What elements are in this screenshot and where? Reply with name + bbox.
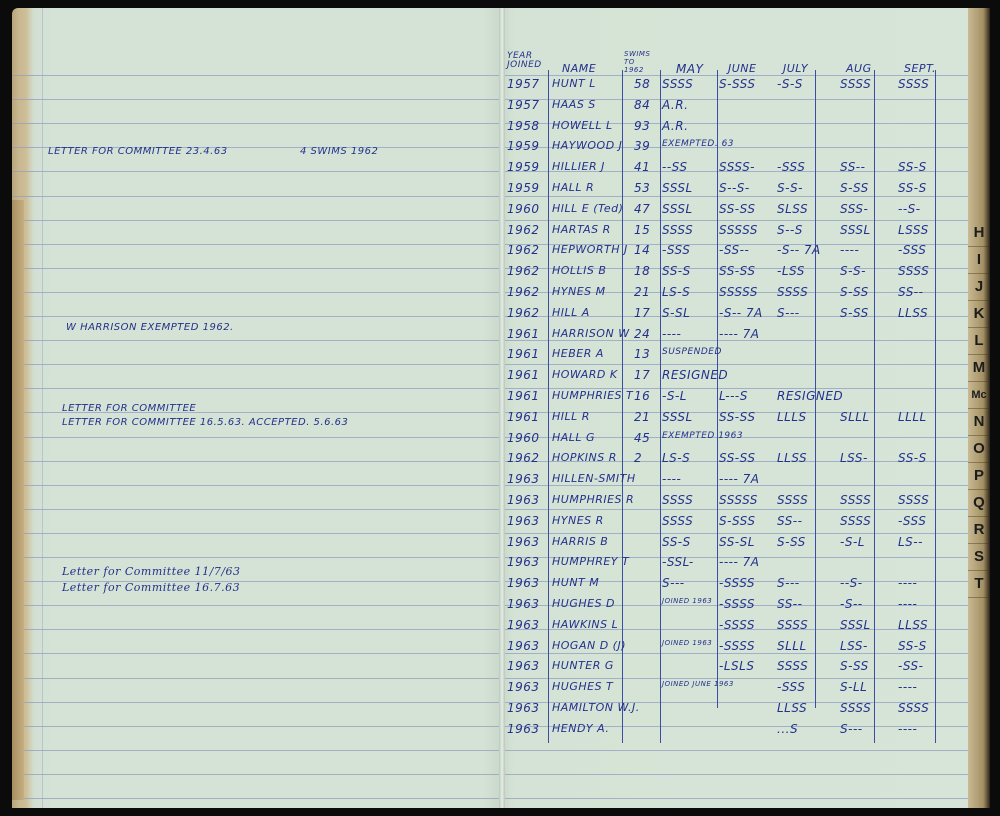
cell-june: SS-SS bbox=[719, 264, 755, 278]
header-swims-to-1962: SWIMS TO 1962 bbox=[624, 50, 646, 74]
index-tab[interactable]: K bbox=[968, 301, 990, 328]
cell-july: -LSS bbox=[777, 264, 805, 278]
margin-note: W HARRISON EXEMPTED 1962. bbox=[66, 322, 234, 333]
index-tab[interactable]: Mc bbox=[968, 382, 990, 409]
cell-sept: ---- bbox=[898, 597, 917, 611]
ruled-line bbox=[12, 533, 502, 534]
cell-name: HUMPHRIES T bbox=[552, 389, 633, 402]
cell-year: 1962 bbox=[507, 451, 540, 465]
cell-may: -S-L bbox=[662, 389, 687, 403]
cell-name: HILLEN-SMITH bbox=[552, 472, 636, 485]
cell-name: HILLIER J bbox=[552, 160, 605, 173]
cell-name: HAMILTON W.J. bbox=[552, 701, 640, 714]
cell-name: HAWKINS L bbox=[552, 618, 618, 631]
header-aug: AUG bbox=[846, 62, 872, 75]
cell-swims: 45 bbox=[634, 431, 650, 445]
page-edge-stain bbox=[12, 200, 24, 800]
cell-may: SUSPENDED bbox=[662, 347, 722, 357]
cell-year: 1961 bbox=[507, 368, 540, 382]
cell-year: 1961 bbox=[507, 327, 540, 341]
cell-swims: 16 bbox=[634, 389, 650, 403]
cell-may: LS-S bbox=[662, 451, 690, 465]
ruled-line bbox=[12, 196, 502, 197]
cell-year: 1957 bbox=[507, 98, 540, 112]
cell-june: -SSSS bbox=[719, 576, 755, 590]
ruled-line bbox=[12, 726, 502, 727]
ruled-line bbox=[502, 774, 968, 775]
cell-swims: 13 bbox=[634, 347, 650, 361]
cell-may: A.R. bbox=[662, 119, 688, 133]
cell-year: 1963 bbox=[507, 514, 540, 528]
index-tab[interactable]: O bbox=[968, 436, 990, 463]
cell-sept: -SS- bbox=[898, 659, 923, 673]
cell-june: S--S- bbox=[719, 181, 750, 195]
ruled-line bbox=[12, 364, 502, 365]
cell-may: S-SL bbox=[662, 306, 690, 320]
cell-may: SSSS bbox=[662, 514, 693, 528]
column-rule bbox=[548, 70, 549, 743]
cell-name: HUMPHREY T bbox=[552, 555, 629, 568]
ruled-line bbox=[12, 557, 502, 558]
cell-aug: LSS- bbox=[840, 451, 868, 465]
cell-july: S--S bbox=[777, 223, 803, 237]
cell-year: 1959 bbox=[507, 139, 540, 153]
cell-year: 1961 bbox=[507, 410, 540, 424]
cell-sept: SS-S bbox=[898, 451, 927, 465]
cell-aug: -S-- bbox=[840, 597, 863, 611]
cell-july: SS-- bbox=[777, 597, 802, 611]
cell-aug: --S- bbox=[840, 576, 863, 590]
cell-july: SLSS bbox=[777, 202, 808, 216]
cell-name: HEBER A bbox=[552, 347, 604, 360]
cell-july: SS-- bbox=[777, 514, 802, 528]
cell-july: S-SS bbox=[777, 535, 806, 549]
cell-swims: 15 bbox=[634, 223, 650, 237]
cell-year: 1963 bbox=[507, 597, 540, 611]
index-tab[interactable]: T bbox=[968, 571, 990, 598]
ruled-line bbox=[12, 774, 502, 775]
cell-name: HUGHES T bbox=[552, 680, 613, 693]
margin-note: Letter for Committee 16.7.63 bbox=[62, 581, 240, 594]
index-tab[interactable]: S bbox=[968, 544, 990, 571]
index-tab[interactable]: N bbox=[968, 409, 990, 436]
ruled-line bbox=[12, 340, 502, 341]
cell-sept: SSSS bbox=[898, 701, 929, 715]
cell-year: 1962 bbox=[507, 285, 540, 299]
cell-name: HYNES R bbox=[552, 514, 604, 527]
cell-swims: 18 bbox=[634, 264, 650, 278]
cell-may: SSSS bbox=[662, 223, 693, 237]
cell-name: HYNES M bbox=[552, 285, 606, 298]
cell-aug: SS-- bbox=[840, 160, 865, 174]
ruled-line bbox=[12, 99, 502, 100]
ruled-line bbox=[12, 629, 502, 630]
cell-year: 1961 bbox=[507, 347, 540, 361]
ruled-line bbox=[12, 220, 502, 221]
ruled-line bbox=[502, 220, 968, 221]
cell-name: HARTAS R bbox=[552, 223, 611, 236]
margin-note: LETTER FOR COMMITTEE 16.5.63. ACCEPTED. … bbox=[62, 417, 348, 428]
cell-name: HUMPHRIES R bbox=[552, 493, 634, 506]
margin-note: Letter for Committee 11/7/63 bbox=[62, 565, 241, 578]
cell-july: -S-- 7A bbox=[777, 243, 821, 257]
cell-name: HENDY A. bbox=[552, 722, 609, 735]
cell-name: HALL R bbox=[552, 181, 594, 194]
cell-aug: SSS- bbox=[840, 202, 868, 216]
cell-july: RESIGNED bbox=[777, 389, 843, 403]
cell-june: ---- 7A bbox=[719, 472, 759, 486]
index-tab[interactable]: L bbox=[968, 328, 990, 355]
cell-aug: LSS- bbox=[840, 639, 868, 653]
cell-aug: S-SS bbox=[840, 306, 869, 320]
ruled-line bbox=[12, 171, 502, 172]
cell-sept: -SSS bbox=[898, 514, 926, 528]
cell-july: ...S bbox=[777, 722, 798, 736]
ruled-line bbox=[502, 509, 968, 510]
cell-aug: S-SS bbox=[840, 181, 869, 195]
cell-aug: SSSS bbox=[840, 701, 871, 715]
margin-note: LETTER FOR COMMITTEE bbox=[62, 403, 196, 414]
ruled-line bbox=[12, 316, 502, 317]
cell-year: 1959 bbox=[507, 181, 540, 195]
ruled-line bbox=[502, 678, 968, 679]
cell-year: 1963 bbox=[507, 472, 540, 486]
cell-may: SS-S bbox=[662, 535, 691, 549]
cell-swims: 93 bbox=[634, 119, 650, 133]
cell-swims: 17 bbox=[634, 368, 650, 382]
cell-year: 1963 bbox=[507, 493, 540, 507]
cell-july: LLLS bbox=[777, 410, 807, 424]
cell-sept: ---- bbox=[898, 576, 917, 590]
cell-aug: SLLL bbox=[840, 410, 870, 424]
cell-may: SSSS bbox=[662, 493, 693, 507]
ruled-line bbox=[502, 798, 968, 799]
cell-may: JOINED 1963 bbox=[662, 639, 712, 647]
cell-aug: SSSL bbox=[840, 618, 871, 632]
cell-may: ---- bbox=[662, 472, 681, 486]
cell-aug: ---- bbox=[840, 243, 859, 257]
cell-swims: 84 bbox=[634, 98, 650, 112]
cell-may: ---- bbox=[662, 327, 681, 341]
ruled-line bbox=[502, 653, 968, 654]
cell-sept: ---- bbox=[898, 680, 917, 694]
ruled-line bbox=[12, 123, 502, 124]
column-rule bbox=[874, 70, 875, 743]
ruled-line bbox=[12, 485, 502, 486]
cell-june: -S-- 7A bbox=[719, 306, 763, 320]
index-tab[interactable]: M bbox=[968, 355, 990, 382]
ruled-line bbox=[502, 750, 968, 751]
cell-name: HILL E (Ted) bbox=[552, 202, 623, 215]
cell-name: HOWARD K bbox=[552, 368, 618, 381]
cell-name: HILL R bbox=[552, 410, 590, 423]
cell-name: HUGHES D bbox=[552, 597, 615, 610]
ruled-line bbox=[12, 268, 502, 269]
cell-may: JOINED JUNE 1963 bbox=[662, 680, 734, 688]
cell-swims: 2 bbox=[634, 451, 642, 465]
cell-aug: SSSS bbox=[840, 493, 871, 507]
cell-may: SSSL bbox=[662, 202, 693, 216]
header-sept: SEPT. bbox=[904, 62, 936, 75]
cell-june: SS-SS bbox=[719, 202, 755, 216]
cell-year: 1961 bbox=[507, 389, 540, 403]
cell-sept: SSSS bbox=[898, 264, 929, 278]
cell-year: 1963 bbox=[507, 722, 540, 736]
ruled-line bbox=[12, 461, 502, 462]
cell-july: LLSS bbox=[777, 451, 807, 465]
ruled-line bbox=[12, 702, 502, 703]
cell-aug: S-SS bbox=[840, 285, 869, 299]
cell-july: S--- bbox=[777, 306, 800, 320]
cell-sept: SS-- bbox=[898, 285, 923, 299]
cell-aug: S--- bbox=[840, 722, 863, 736]
cell-sept: LLSS bbox=[898, 306, 928, 320]
cell-july: SSSS bbox=[777, 618, 808, 632]
column-rule bbox=[717, 70, 718, 708]
ruled-line bbox=[12, 292, 502, 293]
cell-july: -SSS bbox=[777, 160, 805, 174]
cell-sept: SS-S bbox=[898, 181, 927, 195]
cell-sept: SS-S bbox=[898, 639, 927, 653]
cell-name: HAYWOOD J bbox=[552, 139, 622, 152]
cell-year: 1962 bbox=[507, 223, 540, 237]
cell-swims: 24 bbox=[634, 327, 650, 341]
cell-may: SS-S bbox=[662, 264, 691, 278]
cell-name: HARRIS B bbox=[552, 535, 608, 548]
cell-year: 1963 bbox=[507, 639, 540, 653]
cell-sept: -SSS bbox=[898, 243, 926, 257]
cell-name: HOGAN D (J) bbox=[552, 639, 626, 652]
left-margin-line bbox=[42, 8, 43, 808]
cell-may: SSSL bbox=[662, 410, 693, 424]
cell-may: SSSS bbox=[662, 77, 693, 91]
cell-aug: S-LL bbox=[840, 680, 867, 694]
cell-june: ---- 7A bbox=[719, 327, 759, 341]
cell-may: -SSS bbox=[662, 243, 690, 257]
cell-swims: 21 bbox=[634, 285, 650, 299]
ruled-line bbox=[12, 750, 502, 751]
cell-name: HARRISON W bbox=[552, 327, 630, 340]
cell-may: EXEMPTED. 63 bbox=[662, 139, 734, 149]
cell-may: -SSL- bbox=[662, 555, 694, 569]
cell-may: A.R. bbox=[662, 98, 688, 112]
cell-name: HALL G bbox=[552, 431, 595, 444]
index-tab[interactable]: R bbox=[968, 517, 990, 544]
cell-sept: SSSS bbox=[898, 493, 929, 507]
ruled-line bbox=[12, 605, 502, 606]
cell-swims: 47 bbox=[634, 202, 650, 216]
index-tab[interactable]: H bbox=[968, 220, 990, 247]
header-year-joined: YEAR JOINED bbox=[507, 52, 537, 70]
cell-name: HOPKINS R bbox=[552, 451, 617, 464]
cell-year: 1963 bbox=[507, 555, 540, 569]
cell-july: LLSS bbox=[777, 701, 807, 715]
ruled-line bbox=[12, 678, 502, 679]
cell-swims: 39 bbox=[634, 139, 650, 153]
index-tab[interactable]: Q bbox=[968, 490, 990, 517]
cell-year: 1963 bbox=[507, 576, 540, 590]
cell-year: 1962 bbox=[507, 306, 540, 320]
cell-sept: LLLL bbox=[898, 410, 927, 424]
cell-name: HEPWORTH J bbox=[552, 243, 628, 256]
cell-swims: 14 bbox=[634, 243, 650, 257]
cell-name: HUNT L bbox=[552, 77, 596, 90]
cell-sept: LSSS bbox=[898, 223, 929, 237]
cell-sept: SS-S bbox=[898, 160, 927, 174]
cell-year: 1962 bbox=[507, 264, 540, 278]
cell-name: HILL A bbox=[552, 306, 590, 319]
cell-year: 1963 bbox=[507, 659, 540, 673]
ruled-line bbox=[502, 75, 968, 76]
cell-june: -SSSS bbox=[719, 618, 755, 632]
header-may: MAY bbox=[676, 62, 703, 76]
cell-name: HAAS S bbox=[552, 98, 596, 111]
cell-june: SSSSS bbox=[719, 493, 758, 507]
cell-aug: S-S- bbox=[840, 264, 866, 278]
book-spine bbox=[499, 8, 505, 808]
cell-june: SSSSS bbox=[719, 223, 758, 237]
ruled-line bbox=[502, 364, 968, 365]
cell-july: SSSS bbox=[777, 659, 808, 673]
cell-june: -SSSS bbox=[719, 597, 755, 611]
cell-may: LS-S bbox=[662, 285, 690, 299]
cell-june: S-SSS bbox=[719, 514, 755, 528]
cell-july: -S-S bbox=[777, 77, 803, 91]
cell-june: SS-SL bbox=[719, 535, 755, 549]
cell-june: SSSS- bbox=[719, 160, 755, 174]
cell-year: 1957 bbox=[507, 77, 540, 91]
cell-july: -SSS bbox=[777, 680, 805, 694]
cell-may: --SS bbox=[662, 160, 687, 174]
header-june: JUNE bbox=[728, 62, 756, 75]
cell-sept: ---- bbox=[898, 722, 917, 736]
column-rule bbox=[660, 70, 661, 743]
ruled-line bbox=[12, 653, 502, 654]
header-july: JULY bbox=[783, 62, 808, 75]
cell-may: EXEMPTED 1963 bbox=[662, 431, 743, 441]
ruled-line bbox=[12, 437, 502, 438]
cell-swims: 17 bbox=[634, 306, 650, 320]
cell-sept: --S- bbox=[898, 202, 921, 216]
cell-may: S--- bbox=[662, 576, 685, 590]
index-tab[interactable]: P bbox=[968, 463, 990, 490]
index-tab[interactable]: I bbox=[968, 247, 990, 274]
ruled-line bbox=[12, 509, 502, 510]
cell-year: 1959 bbox=[507, 160, 540, 174]
cell-aug: SSSS bbox=[840, 77, 871, 91]
alphabet-index-tabs: HIJKLMMcNOPQRST bbox=[968, 8, 990, 808]
ruled-line bbox=[12, 244, 502, 245]
cell-june: SS-SS bbox=[719, 451, 755, 465]
cell-july: SSSS bbox=[777, 285, 808, 299]
cell-june: L---S bbox=[719, 389, 748, 403]
cell-june: -LSLS bbox=[719, 659, 754, 673]
cell-sept: LLSS bbox=[898, 618, 928, 632]
cell-june: -SSSS bbox=[719, 639, 755, 653]
cell-year: 1963 bbox=[507, 701, 540, 715]
margin-note: LETTER FOR COMMITTEE 23.4.63 bbox=[48, 146, 228, 157]
cell-name: HOWELL L bbox=[552, 119, 613, 132]
cell-sept: SSSS bbox=[898, 77, 929, 91]
cell-year: 1962 bbox=[507, 243, 540, 257]
cell-year: 1960 bbox=[507, 202, 540, 216]
cell-year: 1963 bbox=[507, 535, 540, 549]
cell-july: SSSS bbox=[777, 493, 808, 507]
cell-sept: LS-- bbox=[898, 535, 923, 549]
cell-june: SS-SS bbox=[719, 410, 755, 424]
cell-swims: 21 bbox=[634, 410, 650, 424]
cell-year: 1963 bbox=[507, 618, 540, 632]
cell-may: RESIGNED bbox=[662, 368, 728, 382]
cell-name: HOLLIS B bbox=[552, 264, 606, 277]
cell-name: HUNTER G bbox=[552, 659, 614, 672]
ruled-line bbox=[12, 798, 502, 799]
cell-name: HUNT M bbox=[552, 576, 599, 589]
column-rule bbox=[935, 70, 936, 743]
cell-june: S-SSS bbox=[719, 77, 755, 91]
cell-swims: 58 bbox=[634, 77, 650, 91]
cell-year: 1963 bbox=[507, 680, 540, 694]
index-tab[interactable]: J bbox=[968, 274, 990, 301]
cell-june: SSSSS bbox=[719, 285, 758, 299]
cell-aug: SSSL bbox=[840, 223, 871, 237]
cell-june: ---- 7A bbox=[719, 555, 759, 569]
cell-swims: 41 bbox=[634, 160, 650, 174]
cell-july: S--- bbox=[777, 576, 800, 590]
ruled-line bbox=[12, 75, 502, 76]
cell-swims: 53 bbox=[634, 181, 650, 195]
margin-note-extra: 4 SWIMS 1962 bbox=[300, 146, 378, 157]
cell-may: SSSL bbox=[662, 181, 693, 195]
cell-aug: S-SS bbox=[840, 659, 869, 673]
ruled-line bbox=[502, 196, 968, 197]
cell-july: SLLL bbox=[777, 639, 807, 653]
cell-year: 1960 bbox=[507, 431, 540, 445]
cell-may: JOINED 1963 bbox=[662, 597, 712, 605]
cell-june: -SS-- bbox=[719, 243, 749, 257]
cell-aug: -S-L bbox=[840, 535, 865, 549]
header-name: NAME bbox=[562, 62, 596, 75]
cell-aug: SSSS bbox=[840, 514, 871, 528]
cell-july: S-S- bbox=[777, 181, 803, 195]
cell-year: 1958 bbox=[507, 119, 540, 133]
ruled-line bbox=[12, 388, 502, 389]
